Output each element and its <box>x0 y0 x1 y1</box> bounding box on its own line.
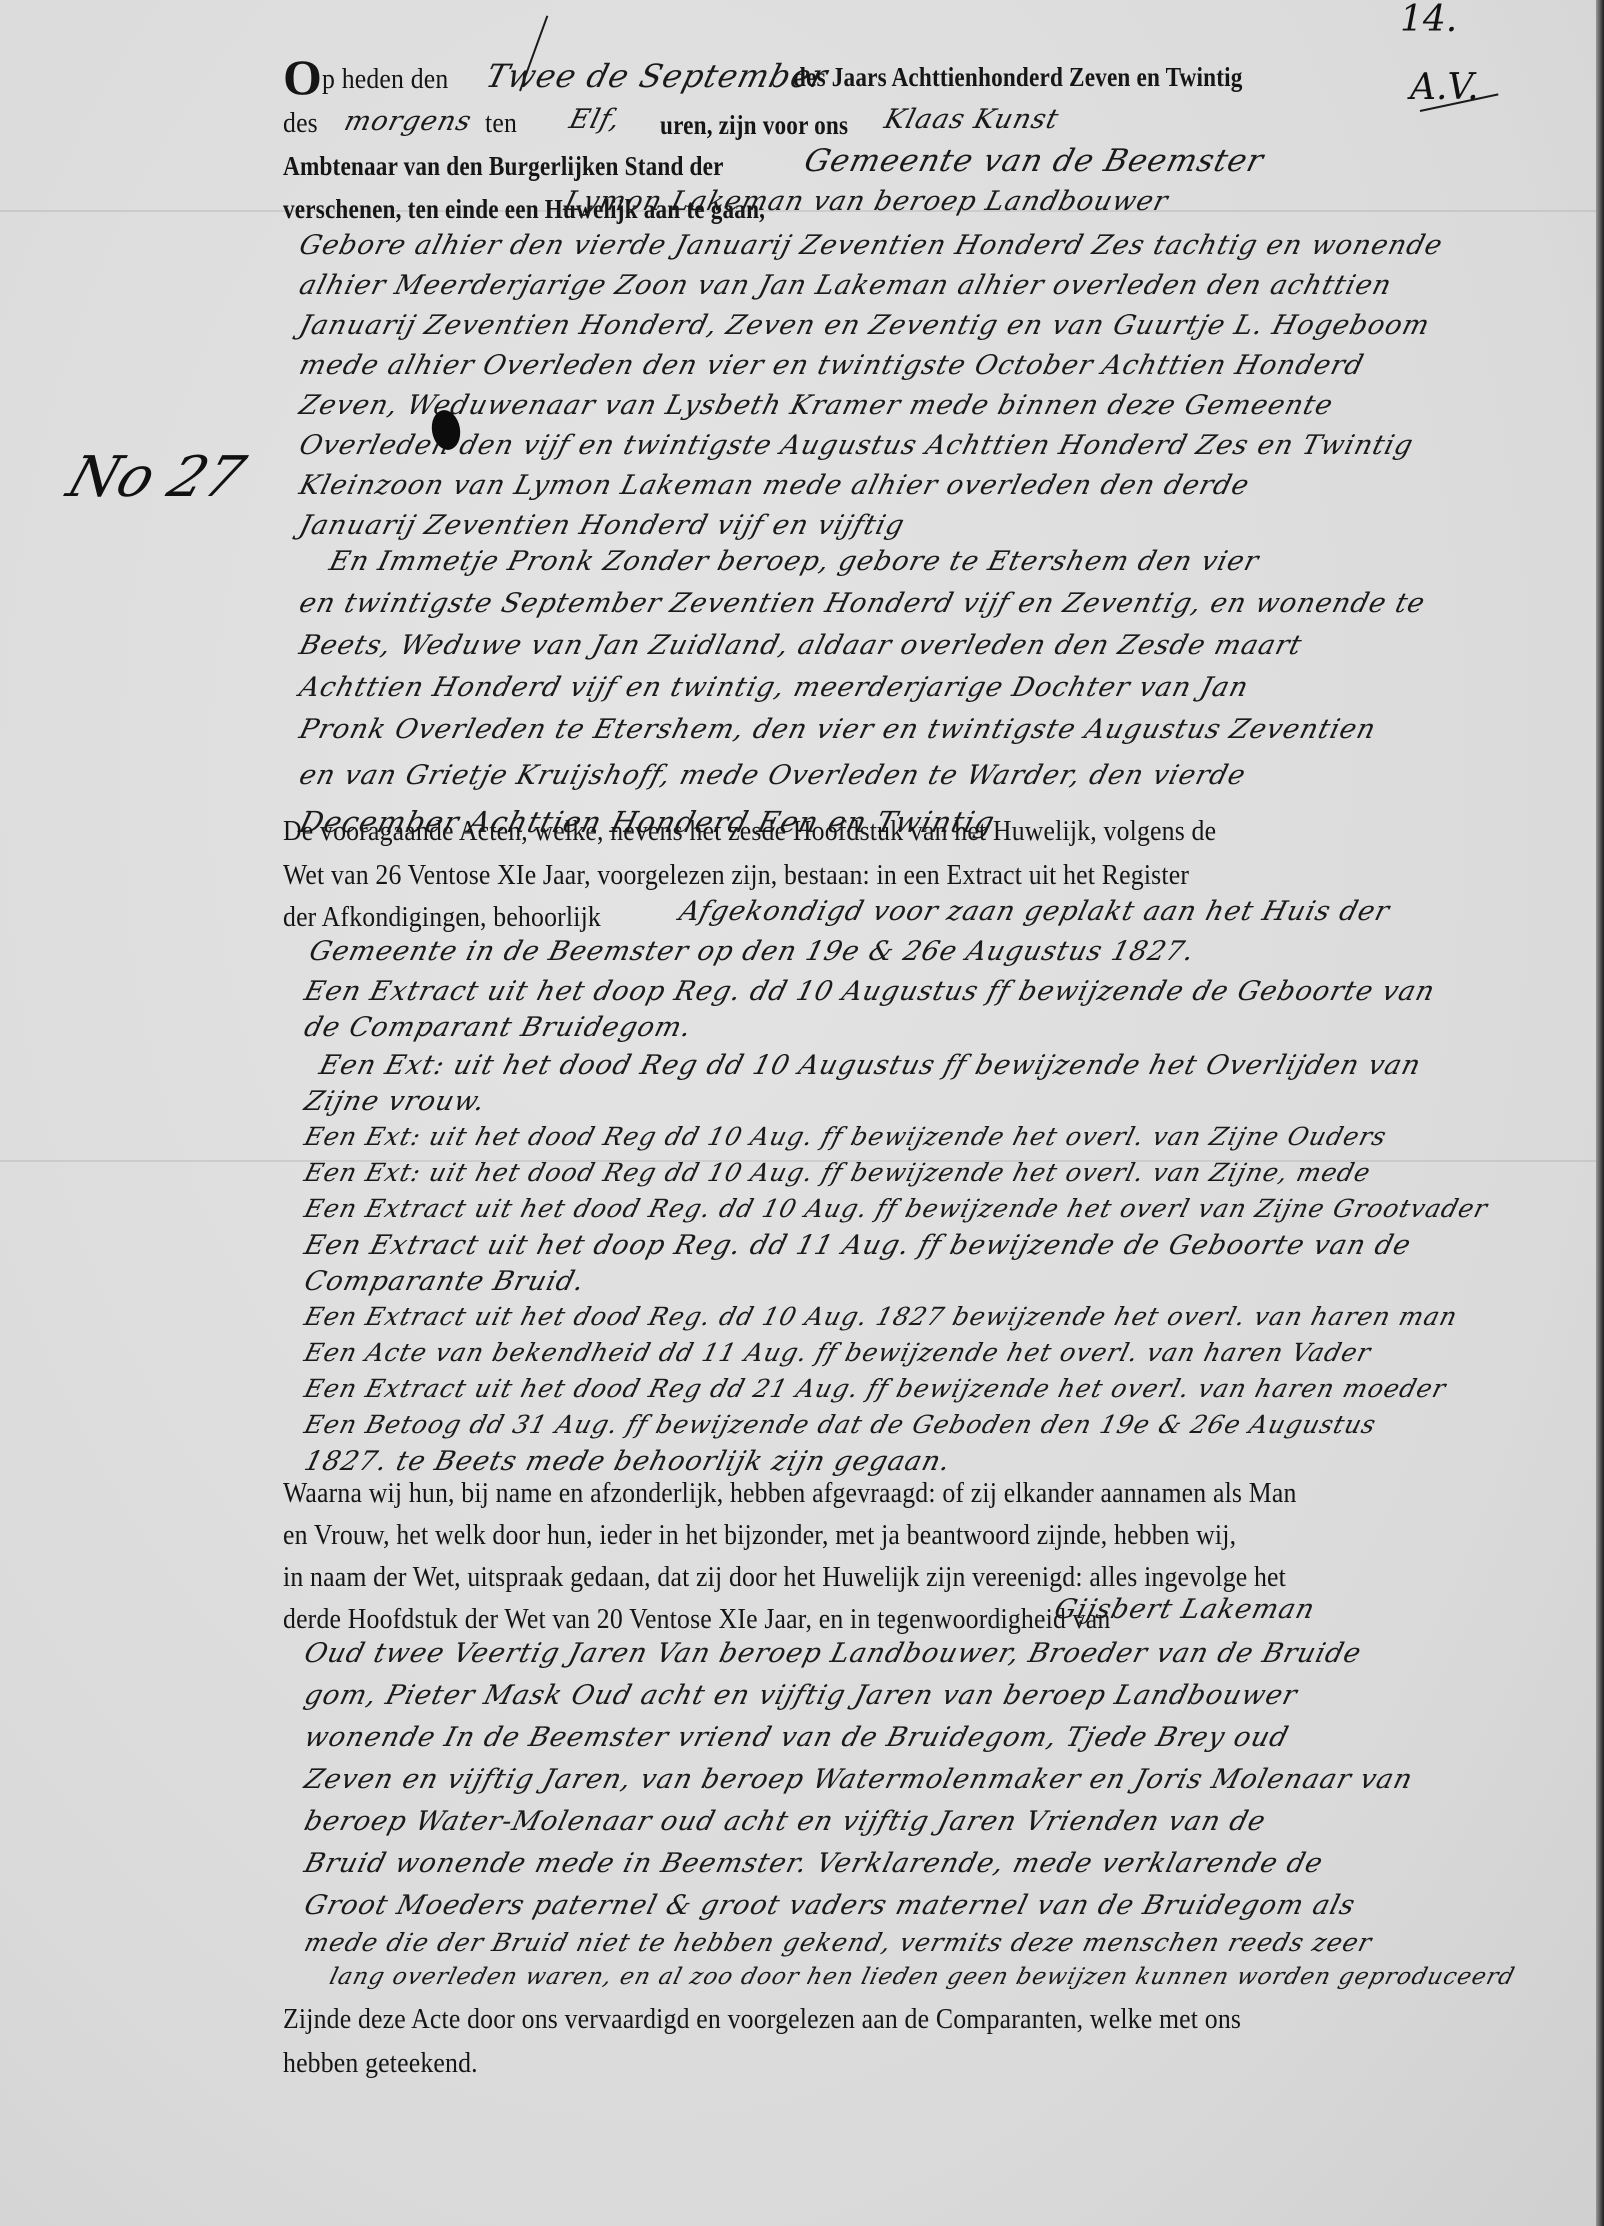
printed-text: Wet van 26 Ventose XIe Jaar, voorgelezen… <box>283 862 1189 890</box>
document-entry: Een Betoog dd 31 Aug. ff bewijzende dat … <box>302 1412 1379 1437</box>
handwritten-municipality: Gemeente van de Beemster <box>801 146 1267 177</box>
document-entry: Comparante Bruid. <box>302 1268 588 1295</box>
document-entry: Een Ext: uit het dood Reg dd 10 Augustus… <box>317 1052 1424 1079</box>
witness-line: Zeven en vijftig Jaren, van beroep Water… <box>302 1766 1416 1793</box>
printed-text: der Afkondigingen, behoorlijk <box>283 904 601 932</box>
document-entry: Gemeente in de Beemster op den 19e & 26e… <box>307 938 1198 965</box>
printed-text: ten <box>485 110 517 138</box>
witness-line: Bruid wonende mede in Beemster. Verklare… <box>302 1850 1326 1877</box>
printed-text: De vooragaande Acten, welke, nevens het … <box>283 818 1216 846</box>
groom-line: alhier Meerderjarige Zoon van Jan Lakema… <box>297 272 1395 299</box>
printed-text: derde Hoofdstuk der Wet van 20 Ventose X… <box>283 1606 1110 1634</box>
printed-text: Ambtenaar van den Burgerlijken Stand der <box>283 153 724 180</box>
document-entry: 1827. te Beets mede behoorlijk zijn gega… <box>302 1448 954 1475</box>
handwritten-publication: Afgekondigd voor zaan geplakt aan het Hu… <box>677 898 1393 925</box>
decorative-initial: O <box>283 49 322 105</box>
bride-line: En Immetje Pronk Zonder beroep, gebore t… <box>327 548 1262 575</box>
printed-text: en Vrouw, het welk door hun, ieder in he… <box>283 1522 1236 1550</box>
document-entry: Een Acte van bekendheid dd 11 Aug. ff be… <box>302 1340 1374 1365</box>
printed-text: Waarna wij hun, bij name en afzonderlijk… <box>283 1480 1297 1508</box>
witness-line: lang overleden waren, en al zoo door hen… <box>327 1966 1517 1989</box>
document-entry: Een Extract uit het doop Reg. dd 10 Augu… <box>302 978 1438 1005</box>
bride-line: Achttien Honderd vijf en twintig, meerde… <box>297 674 1252 701</box>
scanned-page: 14. A.V. Op heden den Twee de September … <box>0 0 1604 2226</box>
document-entry: de Comparant Bruidegom. <box>302 1014 695 1041</box>
witness-line: beroep Water-Molenaar oud acht en vijfti… <box>302 1808 1269 1835</box>
printed-text: uren, zijn voor ons <box>660 112 848 139</box>
page-edge-shadow <box>1596 0 1604 2226</box>
header-line-1: Op heden den <box>283 52 460 102</box>
handwritten-date: Twee de September <box>483 60 831 92</box>
groom-line: Kleinzoon van Lymon Lakeman mede alhier … <box>297 472 1253 499</box>
groom-line: Overleden den vijf en twintigste Augustu… <box>297 432 1417 459</box>
bride-line: Pronk Overleden te Etershem, den vier en… <box>297 716 1379 743</box>
document-entry: Een Extract uit het doop Reg. dd 11 Aug.… <box>302 1232 1414 1259</box>
witness-line: gom, Pieter Mask Oud acht en vijftig Jar… <box>302 1682 1301 1709</box>
handwritten-official-name: Klaas Kunst <box>882 106 1062 133</box>
document-entry: Een Ext: uit het dood Reg dd 10 Aug. ff … <box>302 1124 1390 1149</box>
document-entry: Een Ext: uit het dood Reg dd 10 Aug. ff … <box>302 1160 1374 1185</box>
handwritten-witness: Gijsbert Lakeman <box>1052 1596 1318 1623</box>
printed-closing: Zijnde deze Acte door ons vervaardigd en… <box>283 2006 1241 2034</box>
printed-year: des Jaars Achttienhonderd Zeven en Twint… <box>793 64 1243 91</box>
witness-line: wonende In de Beemster vriend van de Bru… <box>302 1724 1292 1751</box>
groom-line: Januarij Zeventien Honderd, Zeven en Zev… <box>297 312 1433 339</box>
printed-text: des <box>283 110 318 138</box>
handwritten-groom-name: Lymon Lakeman van beroep Landbouwer <box>562 188 1172 215</box>
handwritten-hour: Elf, <box>567 106 624 133</box>
witness-line: Oud twee Veertig Jaren Van beroep Landbo… <box>302 1640 1365 1667</box>
document-entry: Een Extract uit het dood Reg. dd 10 Aug.… <box>302 1304 1460 1329</box>
document-entry: Zijne vrouw. <box>302 1088 489 1115</box>
page-number: 14. <box>1400 2 1457 38</box>
document-entry: Een Extract uit het dood Reg. dd 10 Aug.… <box>302 1196 1491 1221</box>
bride-line: Beets, Weduwe van Jan Zuidland, aldaar o… <box>297 632 1305 659</box>
printed-text: in naam der Wet, uitspraak gedaan, dat z… <box>283 1564 1286 1592</box>
groom-line: Januarij Zeventien Honderd vijf en vijft… <box>297 512 908 539</box>
printed-text: p heden den <box>322 66 448 94</box>
printed-closing: hebben geteekend. <box>283 2050 478 2078</box>
groom-line: mede alhier Overleden den vier en twinti… <box>297 352 1367 379</box>
bride-line: en van Grietje Kruijshoff, mede Overlede… <box>297 762 1249 789</box>
act-number: No 27 <box>61 450 251 506</box>
handwritten-time-of-day: morgens <box>342 108 475 135</box>
groom-line: Gebore alhier den vierde Januarij Zevent… <box>297 232 1446 259</box>
bride-line: en twintigste September Zeventien Honder… <box>297 590 1428 617</box>
document-entry: Een Extract uit het dood Reg dd 21 Aug. … <box>302 1376 1449 1401</box>
witness-line: Groot Moeders paternel & groot vaders ma… <box>302 1892 1359 1919</box>
witness-line: mede die der Bruid niet te hebben gekend… <box>302 1930 1375 1955</box>
